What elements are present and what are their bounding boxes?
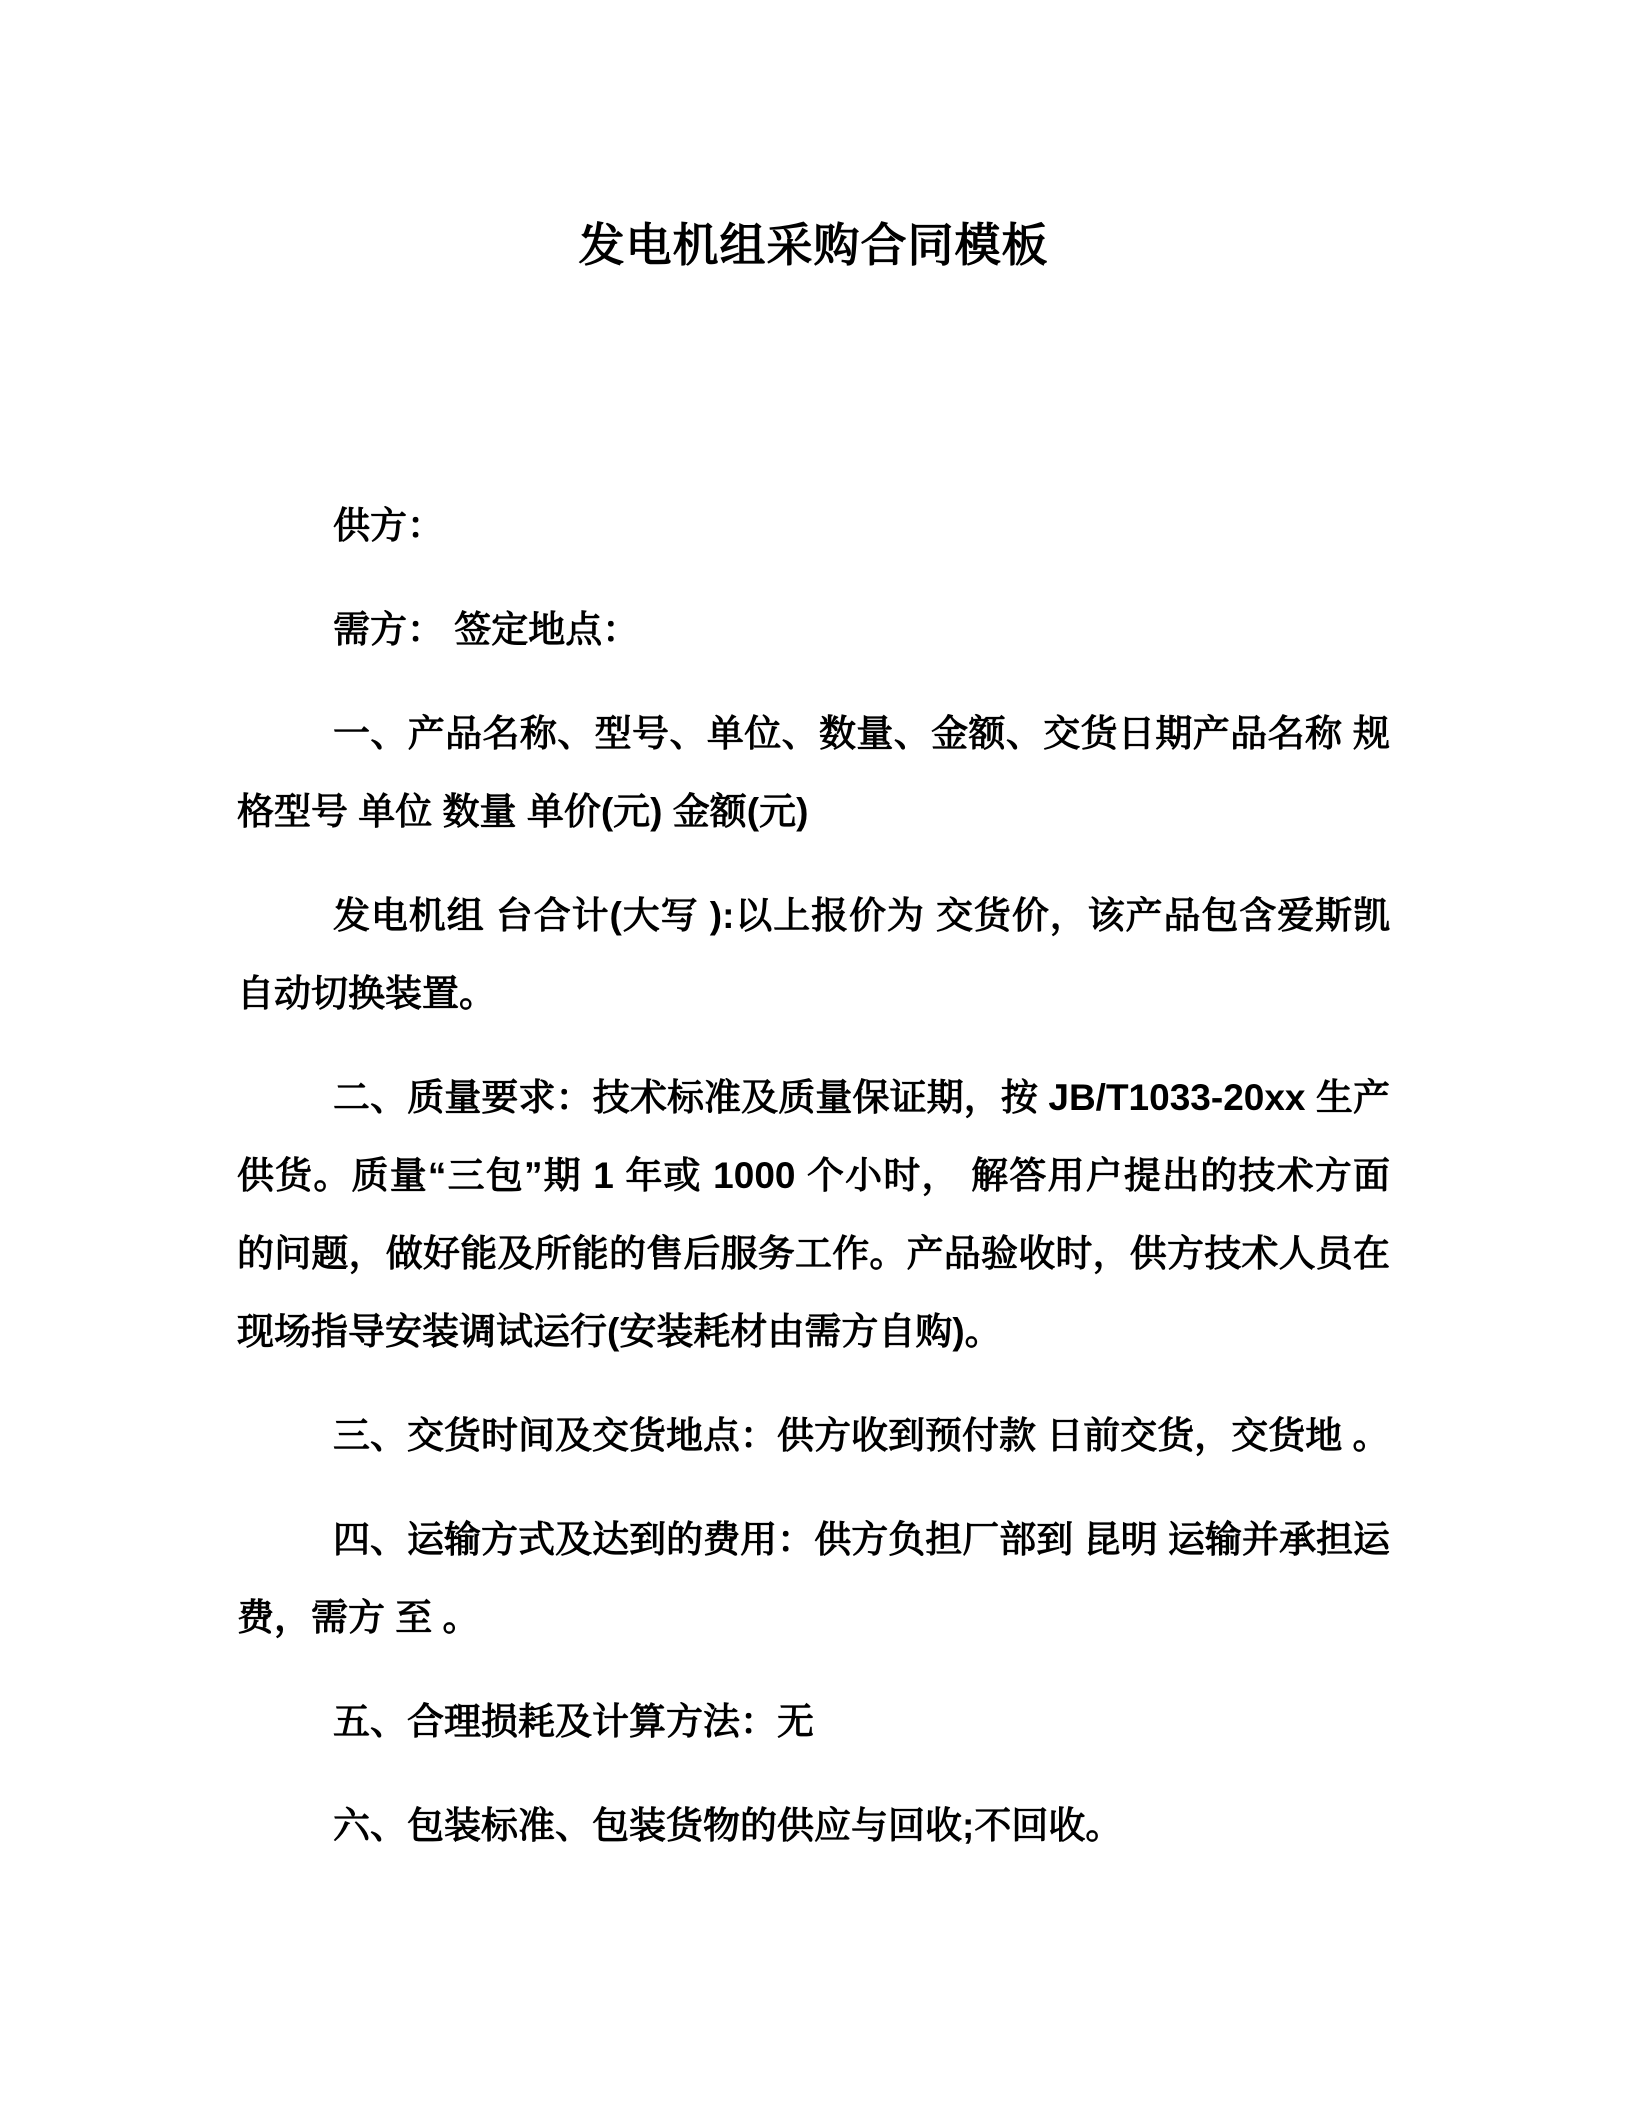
paragraph-clause-4-transport: 四、运输方式及达到的费用：供方负担厂部到 昆明 运输并承担运费，需方 至 。: [237, 1501, 1390, 1657]
paragraph-clause-1-product-header: 一、产品名称、型号、单位、数量、金额、交货日期产品名称 规格型号 单位 数量 单…: [237, 695, 1390, 851]
document-page: 发电机组采购合同模板 供方： 需方： 签定地点： 一、产品名称、型号、单位、数量…: [0, 0, 1632, 2112]
paragraph-supplier: 供方：: [237, 487, 1390, 565]
document-title: 发电机组采购合同模板: [237, 215, 1390, 275]
paragraph-clause-5-loss: 五、合理损耗及计算方法：无: [237, 1683, 1390, 1761]
paragraph-clause-3-delivery: 三、交货时间及交货地点：供方收到预付款 日前交货，交货地 。: [237, 1397, 1390, 1475]
paragraph-clause-2-quality: 二、质量要求：技术标准及质量保证期，按 JB/T1033-20xx 生产供货。质…: [237, 1059, 1390, 1371]
paragraph-clause-6-packaging: 六、包装标准、包装货物的供应与回收;不回收。: [237, 1787, 1390, 1865]
paragraph-clause-1-total: 发电机组 台合计(大写 ):以上报价为 交货价，该产品包含爱斯凯自动切换装置。: [237, 877, 1390, 1033]
paragraph-buyer-signing-location: 需方： 签定地点：: [237, 591, 1390, 669]
